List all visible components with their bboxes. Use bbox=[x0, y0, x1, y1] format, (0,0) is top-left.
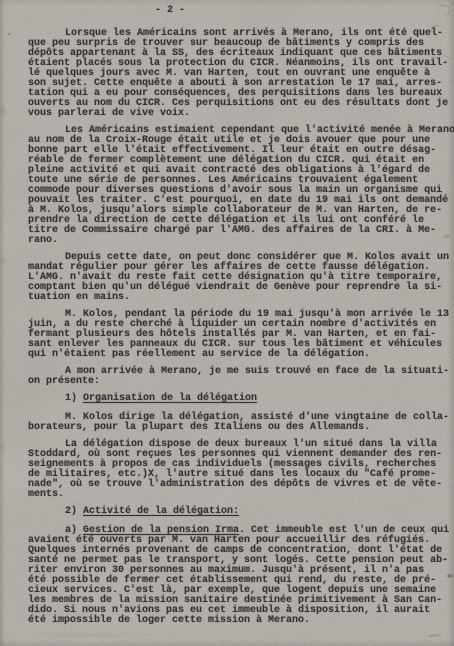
paragraph-pension-irma: a) Gestion de la pension Irma. Cet immeu… bbox=[28, 526, 449, 626]
heading-title: Activité de la délégation: bbox=[83, 506, 239, 517]
text-line: été impossible de loger cette mission à … bbox=[28, 616, 449, 626]
ink-dot bbox=[8, 33, 10, 35]
text-line: titre de Commissaire chargé par l'AMG. d… bbox=[28, 226, 449, 236]
page-number-label: - 2 - bbox=[155, 5, 185, 16]
scanned-document-page: - 2 - Lorsque les Américains sont arrivé… bbox=[0, 0, 454, 646]
paragraph-kolos-mandate: Depuis cette date, on peut donc considér… bbox=[28, 253, 449, 303]
margin-smudge bbox=[0, 440, 7, 452]
paragraph-kolos-direction: M. Kolos dirige la délégation, assisté d… bbox=[28, 413, 449, 433]
section-heading-organisation: 1) Organisation de la délégation bbox=[28, 394, 449, 404]
margin-smudge bbox=[0, 104, 8, 119]
text-line: rano. bbox=[28, 236, 449, 246]
document-text-block: - 2 - Lorsque les Américains sont arrivé… bbox=[28, 6, 449, 633]
paragraph-continuation: avaient été ouverts par M. van Harten po… bbox=[28, 536, 449, 626]
text-line: tuation en mains. bbox=[28, 293, 449, 303]
heading-number: 2) bbox=[65, 506, 83, 517]
heading-title: Organisation de la délégation bbox=[83, 393, 257, 404]
margin-smudge bbox=[0, 256, 7, 266]
paragraph-americans-estimation: Les Américains estimaient cependant que … bbox=[28, 126, 449, 246]
text-line: ments. bbox=[28, 490, 449, 500]
text-line: borateurs, pour la plupart des Italiens … bbox=[28, 423, 449, 433]
text-line: qui n'étaient pas réellement au service … bbox=[28, 350, 449, 360]
text-line: on présente: bbox=[28, 377, 449, 387]
text-line: vous parlerai de vive voix. bbox=[28, 109, 449, 119]
paragraph-americans-arrival: Lorsque les Américains sont arrivés à Me… bbox=[28, 29, 449, 119]
heading-number: 1) bbox=[65, 393, 83, 404]
paragraph-situation-intro: A mon arrivée à Merano, je me suis trouv… bbox=[28, 367, 449, 387]
margin-smudge bbox=[428, 633, 440, 637]
page-number: - 2 - bbox=[28, 6, 449, 16]
section-heading-activite: 2) Activité de la délégation: bbox=[28, 507, 449, 517]
text-line: nade", où se trouve l'administration des… bbox=[28, 480, 449, 490]
paragraph-kolos-liquidation: M. Kolos, pendant la période du 19 mai j… bbox=[28, 310, 449, 360]
paragraph-two-offices: La délégation dispose de deux bureaux l'… bbox=[28, 440, 449, 500]
